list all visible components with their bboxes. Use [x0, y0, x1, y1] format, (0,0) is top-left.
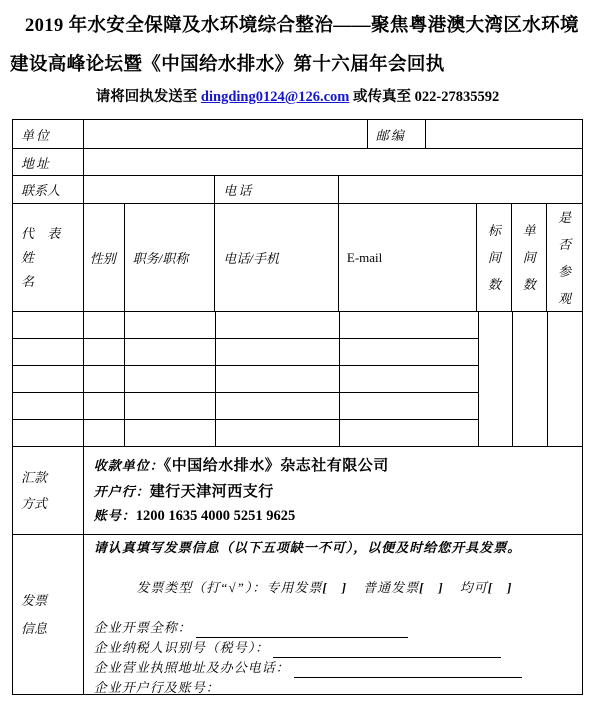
postal-input-cell[interactable]: [426, 120, 582, 149]
visit-header: 是 否 参 观: [547, 204, 582, 312]
regular-invoice-checkbox[interactable]: [ ]: [419, 580, 444, 595]
payee-line: 收款单位：《中国给水排水》杂志社有限公司: [94, 455, 389, 476]
rep-gender-cell[interactable]: [84, 366, 125, 393]
rep-email-cell[interactable]: [340, 366, 479, 393]
rep-row-3: [13, 366, 479, 393]
option-special-invoice: 专用发票[ ]: [266, 580, 347, 595]
company-name-blank[interactable]: [196, 623, 408, 638]
unit-input-cell[interactable]: [84, 120, 368, 149]
rep-name-cell[interactable]: [13, 312, 84, 339]
license-label: 企业营业执照地址及办公电话：: [94, 660, 290, 675]
rep-name-cell[interactable]: [13, 420, 84, 447]
contact-phone-label: 电话: [215, 176, 339, 204]
rep-position-cell[interactable]: [125, 393, 216, 420]
title-line-1: 2019 年水安全保障及水环境综合整治——聚焦粤港澳大湾区水环境: [10, 7, 587, 46]
standard-rooms-input-cell[interactable]: [479, 312, 513, 447]
row-address: 地址: [13, 149, 582, 176]
payee-value: 《中国给水排水》杂志社有限公司: [164, 456, 389, 474]
notice-prefix: 请将回执发送至: [96, 89, 201, 105]
rep-email-cell[interactable]: [340, 420, 479, 447]
phone-header: 电话/手机: [215, 204, 339, 312]
single-rooms-header: 单 间 数: [512, 204, 547, 312]
invoice-row: 发票 信息 请认真填写发票信息（以下五项缺一不可），以便及时给您开具发票。 发票…: [13, 535, 582, 695]
account-number: 1200 1635 4000 5251 9625: [136, 508, 296, 524]
rep-gender-cell[interactable]: [84, 339, 125, 366]
rep-row-5: [13, 420, 479, 447]
contact-input-cell[interactable]: [84, 176, 216, 204]
postal-label: 邮编: [368, 120, 426, 149]
visit-input-cell[interactable]: [548, 312, 582, 447]
rep-email-cell[interactable]: [340, 339, 479, 366]
special-invoice-checkbox[interactable]: [ ]: [322, 580, 347, 595]
rep-data-rows: [13, 312, 582, 447]
standard-rooms-header: 标 间 数: [477, 204, 512, 312]
single-rooms-input-cell[interactable]: [513, 312, 547, 447]
tax-id-label: 企业纳税人识别号（税号）：: [94, 640, 270, 655]
address-input-cell[interactable]: [84, 149, 582, 176]
rep-position-cell[interactable]: [125, 366, 216, 393]
position-header: 职务/职称: [125, 204, 216, 312]
rep-row-2: [13, 339, 479, 366]
license-blank[interactable]: [294, 663, 522, 678]
option-regular-invoice: 普通发票[ ]: [363, 580, 444, 595]
rep-email-cell[interactable]: [340, 312, 479, 339]
rep-gender-cell[interactable]: [84, 312, 125, 339]
payment-label: 汇款 方式: [13, 447, 84, 535]
address-label: 地址: [13, 149, 84, 176]
rep-phone-cell[interactable]: [216, 339, 340, 366]
title-line-2: 建设高峰论坛暨《中国给水排水》第十六届年会回执: [10, 46, 587, 85]
payment-row: 汇款 方式 收款单位：《中国给水排水》杂志社有限公司 开户行：建行天津河西支行 …: [13, 447, 582, 535]
payee-label: 收款单位：: [94, 458, 164, 473]
rep-phone-cell[interactable]: [216, 366, 340, 393]
notice-suffix: 或传真至 022-27835592: [349, 89, 499, 105]
rep-email-cell[interactable]: [340, 393, 479, 420]
rep-row-4: [13, 393, 479, 420]
row-contact: 联系人 电话: [13, 176, 582, 204]
bank-label: 开户行：: [94, 484, 150, 499]
rep-header-row: 代 表 姓 名 性别 职务/职称 电话/手机 E-mail 标 间 数 单 间 …: [13, 204, 582, 312]
company-bank-label: 企业开户行及账号：: [94, 680, 220, 695]
rep-phone-cell[interactable]: [216, 393, 340, 420]
company-bank-blank[interactable]: [224, 683, 524, 695]
account-label: 账号：: [94, 508, 136, 523]
company-name-label: 企业开票全称：: [94, 620, 192, 635]
rep-phone-cell[interactable]: [216, 312, 340, 339]
company-bank-line: 企业开户行及账号：: [94, 678, 524, 695]
send-notice: 请将回执发送至 dingding0124@126.com 或传真至 022-27…: [0, 86, 595, 108]
unit-label: 单位: [13, 120, 84, 149]
rep-name-header: 代 表 姓 名: [13, 204, 84, 312]
rep-name-cell[interactable]: [13, 339, 84, 366]
contact-label: 联系人: [13, 176, 84, 204]
rep-gender-cell[interactable]: [84, 393, 125, 420]
company-name-line: 企业开票全称：: [94, 618, 408, 638]
tax-id-line: 企业纳税人识别号（税号）：: [94, 638, 502, 658]
bank-value: 建行天津河西支行: [150, 482, 274, 500]
rep-position-cell[interactable]: [125, 339, 216, 366]
account-line: 账号：1200 1635 4000 5251 9625: [94, 506, 296, 526]
registration-table: 单位 邮编 地址 联系人 电话 代 表 姓 名 性别 职务/职称 电话/手机 E…: [12, 119, 583, 695]
rep-phone-cell[interactable]: [216, 420, 340, 447]
invoice-intro: 请认真填写发票信息（以下五项缺一不可），以便及时给您开具发票。: [94, 538, 522, 558]
license-line: 企业营业执照地址及办公电话：: [94, 658, 522, 678]
invoice-content: 请认真填写发票信息（以下五项缺一不可），以便及时给您开具发票。 发票类型（打“√…: [84, 535, 582, 695]
either-invoice-checkbox[interactable]: [ ]: [488, 580, 513, 595]
rep-name-cell[interactable]: [13, 393, 84, 420]
contact-phone-input-cell[interactable]: [339, 176, 582, 204]
rep-row-1: [13, 312, 479, 339]
invoice-type-prefix: 发票类型（打“√”）：: [136, 580, 266, 595]
rep-gender-cell[interactable]: [84, 420, 125, 447]
rep-position-cell[interactable]: [125, 312, 216, 339]
payment-content: 收款单位：《中国给水排水》杂志社有限公司 开户行：建行天津河西支行 账号：120…: [84, 447, 582, 535]
registration-form-page: 2019 年水安全保障及水环境综合整治——聚焦粤港澳大湾区水环境 建设高峰论坛暨…: [0, 0, 595, 703]
rep-name-cell[interactable]: [13, 366, 84, 393]
row-unit: 单位 邮编: [13, 120, 582, 149]
invoice-label: 发票 信息: [13, 535, 84, 695]
option-either-invoice: 均可[ ]: [460, 580, 513, 595]
gender-header: 性别: [84, 204, 125, 312]
email-header: E-mail: [339, 204, 478, 312]
email-link[interactable]: dingding0124@126.com: [201, 89, 349, 105]
rep-position-cell[interactable]: [125, 420, 216, 447]
bank-line: 开户行：建行天津河西支行: [94, 481, 274, 502]
tax-id-blank[interactable]: [273, 643, 501, 658]
invoice-type-line: 发票类型（打“√”）：专用发票[ ]普通发票[ ]均可[ ]: [94, 558, 529, 618]
page-title: 2019 年水安全保障及水环境综合整治——聚焦粤港澳大湾区水环境 建设高峰论坛暨…: [10, 7, 587, 85]
